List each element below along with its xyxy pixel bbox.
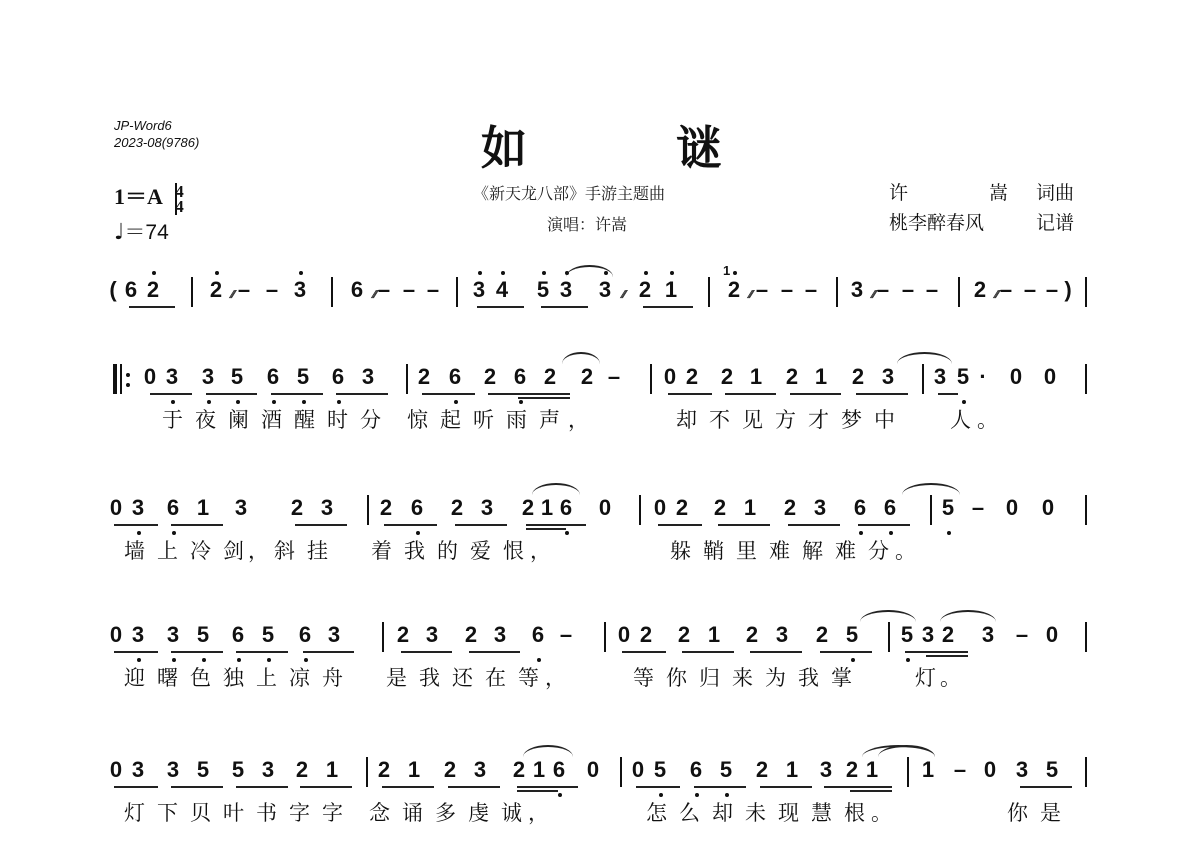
lyric-char: 于 [162,404,183,434]
note: 0 [628,755,648,785]
lyric-char: 舟 [322,662,343,692]
note: 0 [106,493,126,523]
note: 3 [470,755,490,785]
lyric-char: 的 [437,535,458,565]
note: 2 [970,275,990,305]
lyric-char: 贝 [190,797,211,827]
note: 5 [650,755,670,785]
eighth-underline [636,786,680,788]
octave-up-dot [478,271,482,275]
note: 5 [193,755,213,785]
note: 2 [374,755,394,785]
note: 1 [404,755,424,785]
lyric-char: 么 [679,797,700,827]
lyric-char: 掌 [831,662,852,692]
note: 3 [556,275,576,305]
lyric-char: 等 [633,662,654,692]
note: 3 [918,620,938,650]
eighth-underline [750,651,802,653]
note: 1 [661,275,681,305]
software-label: JP-Word6 [114,117,172,134]
title-char-1: 如 [481,112,527,178]
lyric-char: 才 [808,404,829,434]
note: 3 [231,493,251,523]
note: 5 [293,362,313,392]
eighth-underline [171,524,223,526]
lyric-char: 念 [369,797,390,827]
lyric-char: 迎 [124,662,145,692]
lyric-char: ， [528,797,549,827]
lyric-char: ， [568,404,589,434]
lyric-char: 见 [742,404,763,434]
eighth-underline [718,524,770,526]
barline [406,364,408,394]
eighth-underline [682,651,734,653]
note: 2 [461,620,481,650]
octave-down-dot [906,658,910,662]
lyric-char: 难 [835,535,856,565]
note: 3 [128,493,148,523]
lyric-char: 。 [940,662,961,692]
note: 3 [810,493,830,523]
eighth-underline [114,786,158,788]
lyric-char: 为 [765,662,786,692]
barline [191,277,193,307]
slur-arc [523,745,573,757]
lyric-char: 叶 [223,797,244,827]
barline [1085,364,1087,394]
time-signature: 4 4 [175,184,184,214]
lyric-char: 我 [798,662,819,692]
note: 3 [317,493,337,523]
slur-arc [940,610,996,622]
note: 3 [163,755,183,785]
lyric-char: 是 [386,662,407,692]
lyric-char: 字 [322,797,343,827]
eighth-underline [336,393,388,395]
octave-up-dot [152,271,156,275]
note: 0 [106,620,126,650]
note: 5 [716,755,736,785]
lyric-char: 灯 [915,662,936,692]
note: 5 [897,620,917,650]
octave-up-dot [501,271,505,275]
eighth-underline [236,786,288,788]
note: 2 [848,362,868,392]
octave-down-dot [565,531,569,535]
eighth-underline [469,651,520,653]
note: 0 [140,362,160,392]
lyric-char: 剑 [223,535,244,565]
note: 6 [163,493,183,523]
note: 6 [510,362,530,392]
octave-up-dot [670,271,674,275]
lyric-char: 躲 [670,535,691,565]
barline [958,277,960,307]
dash-sustain: – [898,275,918,305]
note: 1 [811,362,831,392]
note: 0 [1040,362,1060,392]
note: 1 [918,755,938,785]
dash-sustain: – [968,493,988,523]
tempo-value: ＝74 [124,221,168,244]
version-label: 2023-08(9786) [114,134,199,151]
note: 6 [121,275,141,305]
slur-arc [902,483,960,495]
eighth-underline [858,524,910,526]
eighth-underline [422,393,475,395]
note: 3 [847,275,867,305]
barline [1085,277,1087,307]
eighth-underline [150,393,192,395]
eighth-underline [517,786,578,788]
note: 2 [440,755,460,785]
lyric-char: 字 [289,797,310,827]
eighth-underline [622,651,666,653]
note: 3 [772,620,792,650]
note: 5 [228,755,248,785]
slur-arc [562,352,600,364]
lyric-char: ， [530,535,551,565]
eighth-underline [303,651,354,653]
note: 3 [490,620,510,650]
note: 0 [1038,493,1058,523]
composer-name-2: 嵩 [989,178,1008,205]
lyric-char: 来 [732,662,753,692]
lyric-char: 却 [676,404,697,434]
lyric-char: 阑 [228,404,249,434]
note: 2 [376,493,396,523]
lyric-char: 却 [712,797,733,827]
octave-up-dot [542,271,546,275]
note: 2 [414,362,434,392]
octave-down-dot [889,531,893,535]
note: 1 [746,362,766,392]
octave-down-dot [947,531,951,535]
dash-sustain: – [374,275,394,305]
note: 5 [938,493,958,523]
barline [331,277,333,307]
note: 2 [812,620,832,650]
lyric-char: 里 [736,535,757,565]
note: 0 [1002,493,1022,523]
note: 5 [193,620,213,650]
eighth-underline [526,524,586,526]
note: 2 [518,493,538,523]
eighth-underline [448,786,500,788]
lyric-char: 怎 [646,797,667,827]
note: 2 [842,755,862,785]
tempo-marking: ♩＝74 [114,216,169,246]
barline [930,495,932,525]
eighth-underline [171,651,223,653]
note: 2 [447,493,467,523]
note: 1 [529,755,549,785]
lyric-char: 鞘 [703,535,724,565]
notation-row: 03356563262622–0221212335·00于夜阑酒醒时分惊起听雨声… [0,362,1200,402]
lyric-char: 书 [256,797,277,827]
lyric-char: 等 [518,662,539,692]
key-signature: 1＝A 4 4 [114,180,184,214]
lyric-char: 你 [666,662,687,692]
note: 6 [295,620,315,650]
lyric-char: 在 [485,662,506,692]
lyric-char: 多 [435,797,456,827]
note: 1 [322,755,342,785]
eighth-underline [790,393,841,395]
lyric-char: 雨 [506,404,527,434]
note: 0 [614,620,634,650]
slur-arc [532,483,580,495]
notation-row: 036132326232160022123665–00墙上冷剑，斜挂着我的爱恨，… [0,493,1200,533]
note: 2 [393,620,413,650]
eighth-underline [171,786,223,788]
dash-sustain: – [399,275,419,305]
grace-note: 1 [723,263,730,278]
lyric-char: 起 [440,404,461,434]
lyric-char: 诚 [501,797,522,827]
eighth-underline [820,651,872,653]
eighth-underline [694,786,746,788]
barline [604,622,606,652]
note: 2 [938,620,958,650]
note: 2 [724,275,744,305]
note: 2 [292,755,312,785]
note: 3 [422,620,442,650]
eighth-underline [938,393,958,395]
eighth-underline [541,306,588,308]
lyric-char: 夜 [195,404,216,434]
note: 0 [660,362,680,392]
eighth-underline [384,524,437,526]
note: 2 [480,362,500,392]
lyric-char: 着 [371,535,392,565]
note: 3 [324,620,344,650]
note: 5 [953,362,973,392]
note: 0 [595,493,615,523]
lyric-char: 现 [778,797,799,827]
note: 0 [1006,362,1026,392]
barline [456,277,458,307]
note: 2 [143,275,163,305]
dash-sustain: – [1020,275,1040,305]
note: 3 [477,493,497,523]
note: 5 [1042,755,1062,785]
lyric-char: 中 [874,404,895,434]
note: 1 [782,755,802,785]
note: 3 [930,362,950,392]
octave-down-dot [558,793,562,797]
lyric-char: 灯 [124,797,145,827]
note: 5 [842,620,862,650]
lyric-char: 上 [157,535,178,565]
sixteenth-underline [517,790,558,792]
sixteenth-underline [850,790,892,792]
note: 3 [816,755,836,785]
note: 6 [328,362,348,392]
lyric-char: 我 [419,662,440,692]
note: 6 [263,362,283,392]
note: 6 [850,493,870,523]
lyric-char: 爱 [470,535,491,565]
eighth-underline [658,524,702,526]
eighth-underline [455,524,507,526]
octave-up-dot [733,271,737,275]
eighth-underline [824,786,892,788]
note: 0 [650,493,670,523]
note: 3 [469,275,489,305]
lyric-char: 我 [404,535,425,565]
parenthesis: ) [1058,275,1078,305]
barline [366,757,368,787]
note: 5 [533,275,553,305]
note: 0 [980,755,1000,785]
note: 2 [672,493,692,523]
note: 1 [704,620,724,650]
lyric-char: 凉 [289,662,310,692]
lyric-char: 归 [699,662,720,692]
lyric-char: 慧 [811,797,832,827]
note: 2 [780,493,800,523]
slur-arc [566,265,613,277]
note: 5 [227,362,247,392]
note: 4 [492,275,512,305]
lyric-char: 虔 [468,797,489,827]
singer-credit: 演唱：许嵩 [547,212,627,235]
key-text: 1＝A [114,184,162,209]
dash-sustain: – [996,275,1016,305]
note: 1 [862,755,882,785]
note: 2 [540,362,560,392]
note: 2 [577,362,597,392]
parenthesis: ( [103,275,123,305]
note: 6 [556,493,576,523]
eighth-underline [382,786,434,788]
lyric-char: 恨 [503,535,524,565]
dash-sustain: – [423,275,443,305]
slur-arc [897,352,952,364]
eighth-underline [114,651,158,653]
barline [367,495,369,525]
note: 3 [290,275,310,305]
lyric-char: 墙 [124,535,145,565]
lyric-char: 方 [775,404,796,434]
note: 6 [880,493,900,523]
notation-row: (622––36–––34533212–––3–––2–––)/////////… [0,275,1200,315]
note: 1 [537,493,557,523]
note: 2 [287,493,307,523]
lyric-char: 醒 [294,404,315,434]
dash-sustain: – [262,275,282,305]
eighth-underline [295,524,347,526]
note: 3 [978,620,998,650]
note: 3 [878,362,898,392]
eighth-underline [206,393,257,395]
note: 2 [682,362,702,392]
lyric-char: 解 [802,535,823,565]
lyric-char: 酒 [261,404,282,434]
lyric-char: 独 [223,662,244,692]
note: 0 [1042,620,1062,650]
note: 2 [206,275,226,305]
note: 3 [163,620,183,650]
note: 6 [549,755,569,785]
lyric-char: ， [248,535,269,565]
eighth-underline [905,651,968,653]
note: 2 [635,275,655,305]
lyric-char: 惊 [407,404,428,434]
dash-sustain: – [922,275,942,305]
note: 2 [752,755,772,785]
barline [382,622,384,652]
sixteenth-underline [526,528,566,530]
tremolo-mark: /// [619,289,627,301]
dash-sustain: – [801,275,821,305]
note: 3 [198,362,218,392]
eighth-underline [760,786,812,788]
barline [907,757,909,787]
lyric-char: 时 [327,404,348,434]
lyric-char: 。 [871,797,892,827]
note: 3 [128,620,148,650]
lyric-char: 根 [844,797,865,827]
lyric-char: 曙 [157,662,178,692]
lyric-char: 不 [709,404,730,434]
lyric-char: 。 [895,535,916,565]
barline [1085,757,1087,787]
lyric-char: 声 [539,404,560,434]
transcriber-name: 桃李醉春风 [889,208,984,235]
barline [888,622,890,652]
note: 3 [258,755,278,785]
note: 6 [445,362,465,392]
note: 6 [686,755,706,785]
octave-down-dot [859,531,863,535]
lyric-char: 还 [452,662,473,692]
transcriber-role: 记谱 [1036,208,1074,235]
octave-up-dot [299,271,303,275]
barline [836,277,838,307]
lyric-char: 上 [256,662,277,692]
lyric-char: 分 [360,404,381,434]
note: 5 [258,620,278,650]
dash-sustain: – [556,620,576,650]
barline [1085,495,1087,525]
sixteenth-underline [518,397,570,399]
quarter-note-icon: ♩ [114,220,124,245]
note: 2 [782,362,802,392]
composer-name-1: 许 [889,178,908,205]
note: 6 [347,275,367,305]
sixteenth-underline [926,655,968,657]
dash-sustain: – [234,275,254,305]
barline [708,277,710,307]
lyric-char: 听 [473,404,494,434]
note: 2 [717,362,737,392]
dash-sustain: – [604,362,624,392]
lyric-char: 未 [745,797,766,827]
lyric-char: 色 [190,662,211,692]
eighth-underline [725,393,776,395]
barline [639,495,641,525]
octave-up-dot [644,271,648,275]
eighth-underline [300,786,352,788]
lyric-char: 冷 [190,535,211,565]
eighth-underline [1020,786,1072,788]
dash-sustain: – [873,275,893,305]
octave-up-dot [215,271,219,275]
note: 2 [710,493,730,523]
